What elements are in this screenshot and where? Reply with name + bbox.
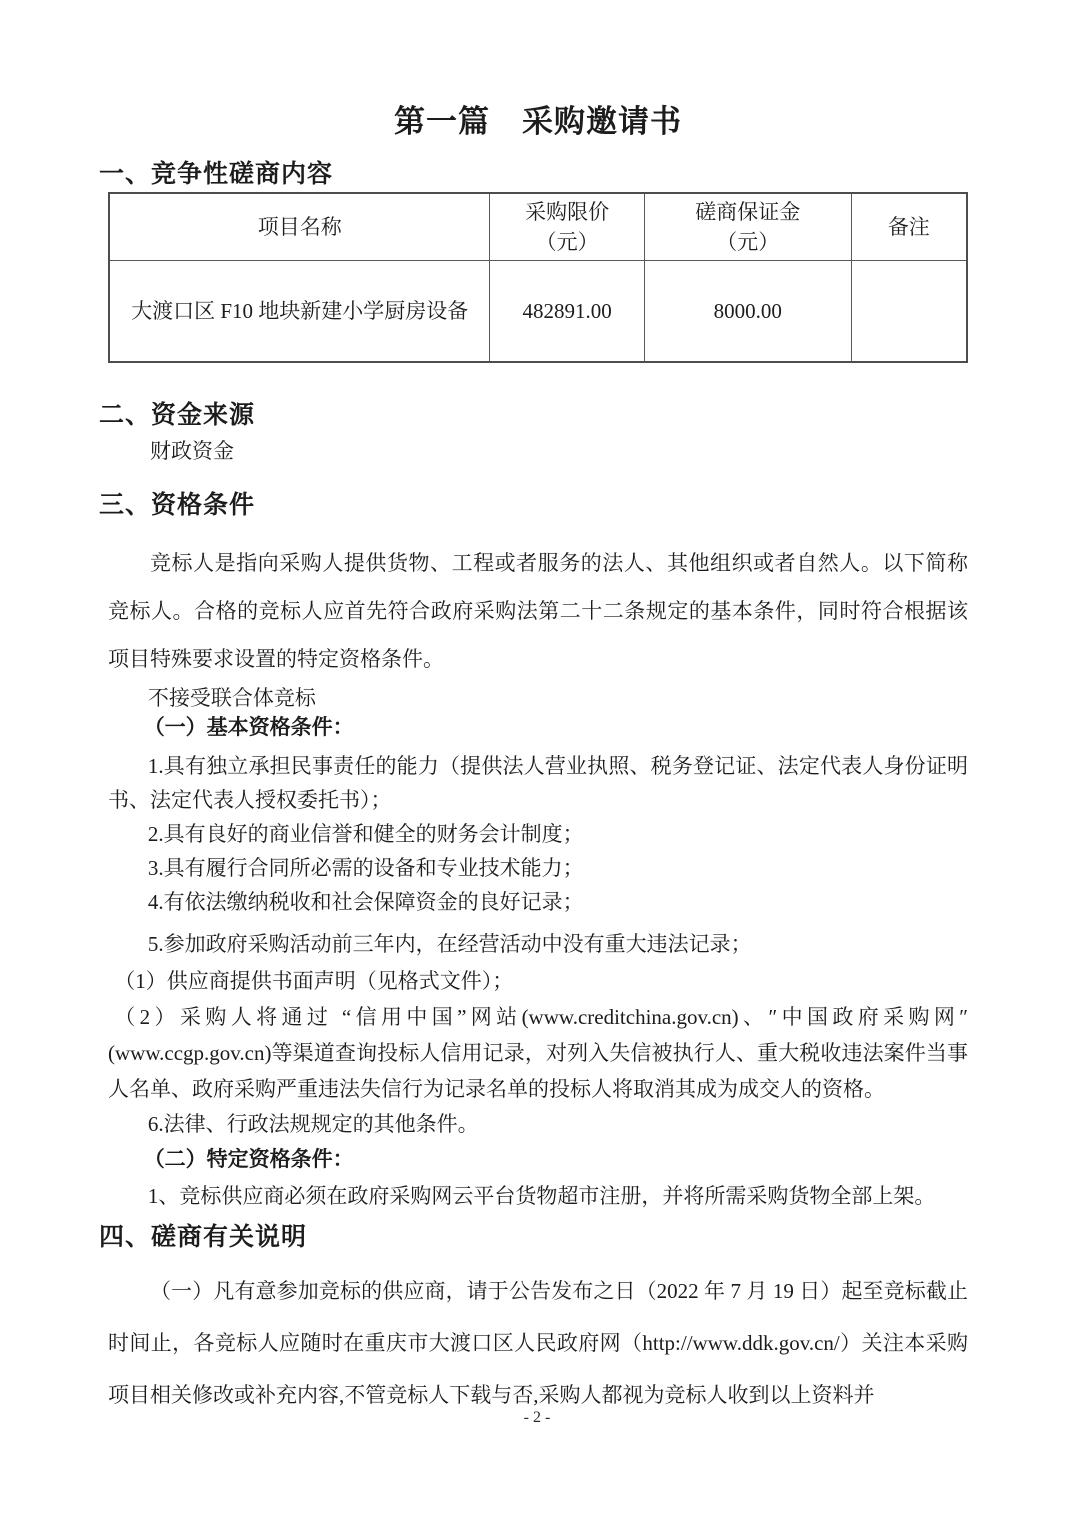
basic-item-6: 6.法律、行政法规规定的其他条件。: [108, 1107, 968, 1141]
cell-remark: [851, 260, 967, 362]
cell-project-name: 大渡口区 F10 地块新建小学厨房设备: [109, 260, 490, 362]
cell-deposit: 8000.00: [644, 260, 851, 362]
negotiation-notes-paragraph: （一）凡有意参加竞标的供应商，请于公告发布之日（2022 年 7 月 19 日）…: [108, 1265, 968, 1421]
document-page: 第一篇 采购邀请书 一、竞争性磋商内容 项目名称 采购限价 （元） 磋商保证金 …: [0, 0, 1074, 1520]
basic-item-3: 3.具有履行合同所必需的设备和专业技术能力；: [108, 851, 968, 885]
document-title: 第一篇 采购邀请书: [108, 102, 968, 142]
section2-heading: 二、资金来源: [99, 399, 968, 431]
table-header-row: 项目名称 采购限价 （元） 磋商保证金 （元） 备注: [109, 193, 967, 260]
funding-source-text: 财政资金: [108, 437, 968, 465]
special-item-1: 1、竞标供应商必须在政府采购网云平台货物超市注册，并将所需采购货物全部上架。: [108, 1179, 968, 1213]
section4-heading: 四、磋商有关说明: [99, 1221, 968, 1253]
section3-heading: 三、资格条件: [99, 489, 968, 521]
col-header-project-name: 项目名称: [109, 193, 490, 260]
basic-qualification-subheading: （一）基本资格条件：: [108, 713, 968, 743]
qualification-intro-paragraph: 竞标人是指向采购人提供货物、工程或者服务的法人、其他组织或者自然人。以下简称竞标…: [108, 539, 968, 683]
cell-price-limit: 482891.00: [490, 260, 644, 362]
table-row: 大渡口区 F10 地块新建小学厨房设备 482891.00 8000.00: [109, 260, 967, 362]
special-qualification-subheading: （二）特定资格条件：: [108, 1143, 968, 1177]
no-consortium-line: 不接受联合体竞标: [108, 683, 968, 713]
negotiation-content-table: 项目名称 采购限价 （元） 磋商保证金 （元） 备注 大渡口区 F10 地块新建…: [108, 192, 968, 363]
basic-item-5: 5.参加政府采购活动前三年内，在经营活动中没有重大违法记录；: [108, 927, 968, 961]
col-header-price-limit: 采购限价 （元）: [490, 193, 644, 260]
section1-heading: 一、竞争性磋商内容: [99, 158, 968, 190]
col-header-deposit: 磋商保证金 （元）: [644, 193, 851, 260]
page-number: - 2 -: [0, 1408, 1074, 1428]
col-header-remark: 备注: [851, 193, 967, 260]
basic-item-4: 4.有依法缴纳税收和社会保障资金的良好记录；: [108, 885, 968, 919]
basic-item-1: 1.具有独立承担民事责任的能力（提供法人营业执照、税务登记证、法定代表人身份证明…: [108, 749, 968, 817]
credit-check-subitem: （2）采购人将通过 “信用中国”网站(www.creditchina.gov.c…: [108, 999, 968, 1107]
basic-item-2: 2.具有良好的商业信誉和健全的财务会计制度；: [108, 817, 968, 851]
credit-declaration-subitem: （1）供应商提供书面声明（见格式文件）；: [108, 963, 968, 999]
